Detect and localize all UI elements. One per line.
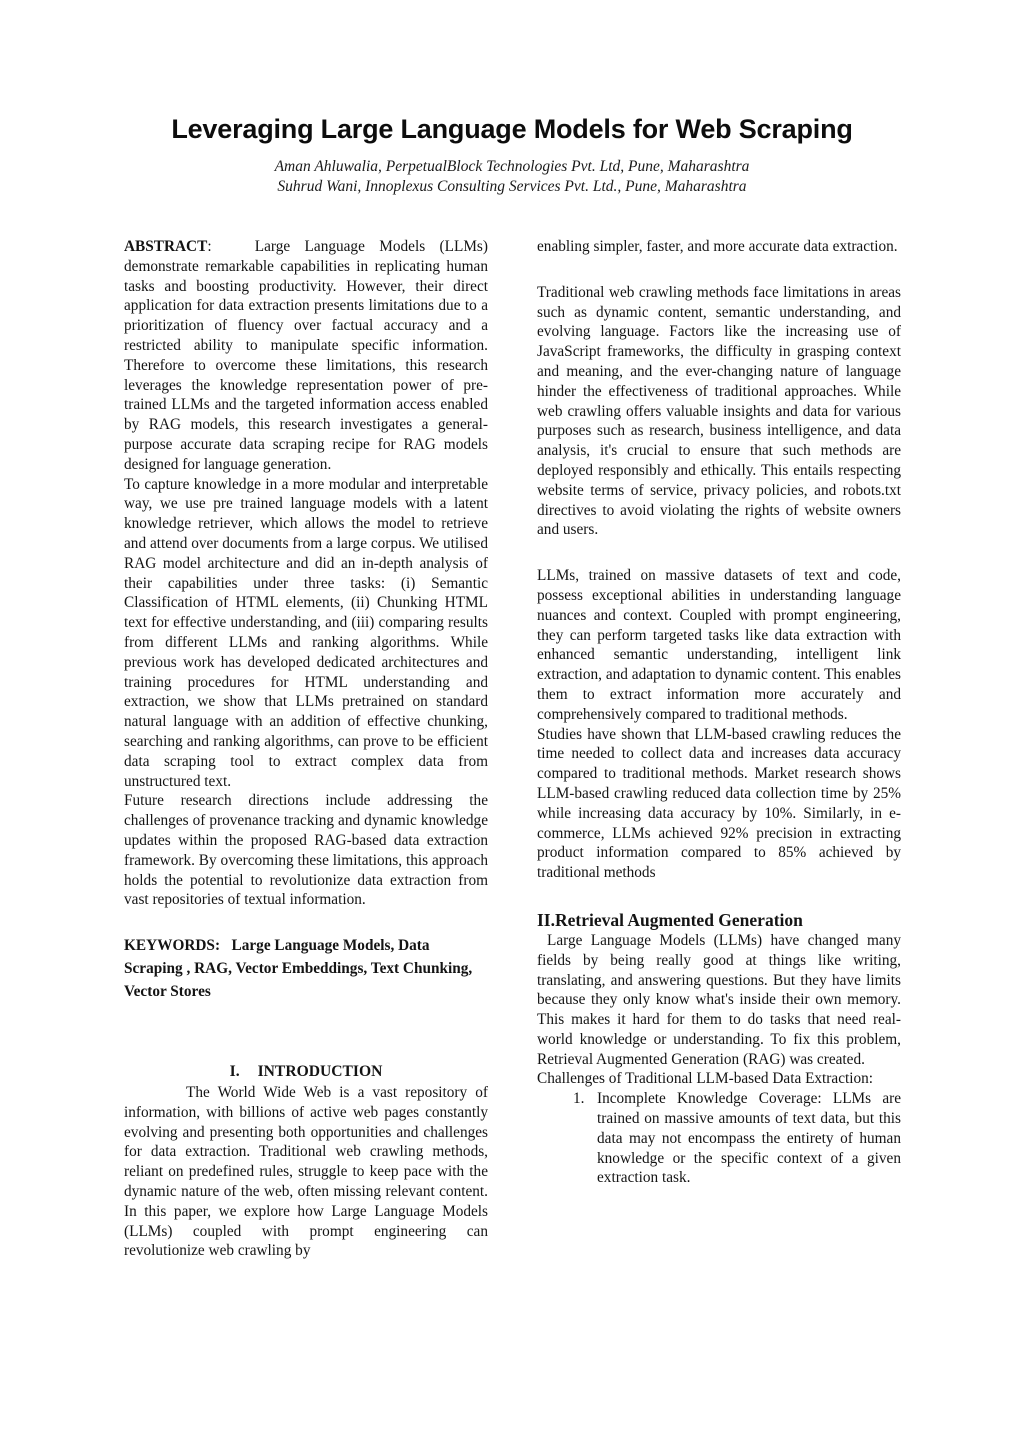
- rag-paragraph: Challenges of Traditional LLM-based Data…: [537, 1069, 901, 1089]
- section-heading-introduction: I.INTRODUCTION: [124, 1061, 488, 1083]
- author-block: Aman Ahluwalia, PerpetualBlock Technolog…: [0, 157, 1024, 197]
- intro-paragraph: Studies have shown that LLM-based crawli…: [537, 725, 901, 883]
- author-line: Suhrud Wani, Innoplexus Consulting Servi…: [0, 177, 1024, 197]
- paragraph-gap: [537, 257, 901, 283]
- left-column: ABSTRACT: Large Language Models (LLMs) d…: [124, 237, 488, 1261]
- list-item-text: Incomplete Knowledge Coverage: LLMs are …: [597, 1090, 901, 1186]
- section-title: INTRODUCTION: [258, 1063, 383, 1080]
- abstract-paragraph: To capture knowledge in a more modular a…: [124, 475, 488, 792]
- author-line: Aman Ahluwalia, PerpetualBlock Technolog…: [0, 157, 1024, 177]
- list-item-number: 1.: [573, 1089, 584, 1109]
- intro-paragraph: LLMs, trained on massive datasets of tex…: [537, 566, 901, 724]
- challenges-list: 1. Incomplete Knowledge Coverage: LLMs a…: [537, 1089, 901, 1188]
- intro-paragraph: Traditional web crawling methods face li…: [537, 283, 901, 540]
- right-column: enabling simpler, faster, and more accur…: [537, 237, 901, 1188]
- abstract-paragraph: ABSTRACT: Large Language Models (LLMs) d…: [124, 237, 488, 475]
- paper-title: Leveraging Large Language Models for Web…: [0, 114, 1024, 145]
- rag-paragraph: Large Language Models (LLMs) have change…: [537, 931, 901, 1070]
- list-item: 1. Incomplete Knowledge Coverage: LLMs a…: [537, 1089, 901, 1188]
- abstract-separator: :: [207, 238, 211, 255]
- section-number: I.: [230, 1063, 240, 1080]
- abstract-text: Large Language Models (LLMs) demonstrate…: [124, 238, 488, 473]
- keywords-label: KEYWORDS:: [124, 937, 220, 954]
- abstract-paragraph: Future research directions include addre…: [124, 791, 488, 910]
- intro-paragraph: The World Wide Web is a vast repository …: [124, 1083, 488, 1261]
- section-heading-rag: II.Retrieval Augmented Generation: [537, 909, 901, 931]
- abstract-label: ABSTRACT: [124, 238, 207, 255]
- paragraph-gap: [537, 540, 901, 566]
- intro-paragraph-continued: enabling simpler, faster, and more accur…: [537, 237, 901, 257]
- keywords-block: KEYWORDS: Large Language Models, Data Sc…: [124, 934, 488, 1003]
